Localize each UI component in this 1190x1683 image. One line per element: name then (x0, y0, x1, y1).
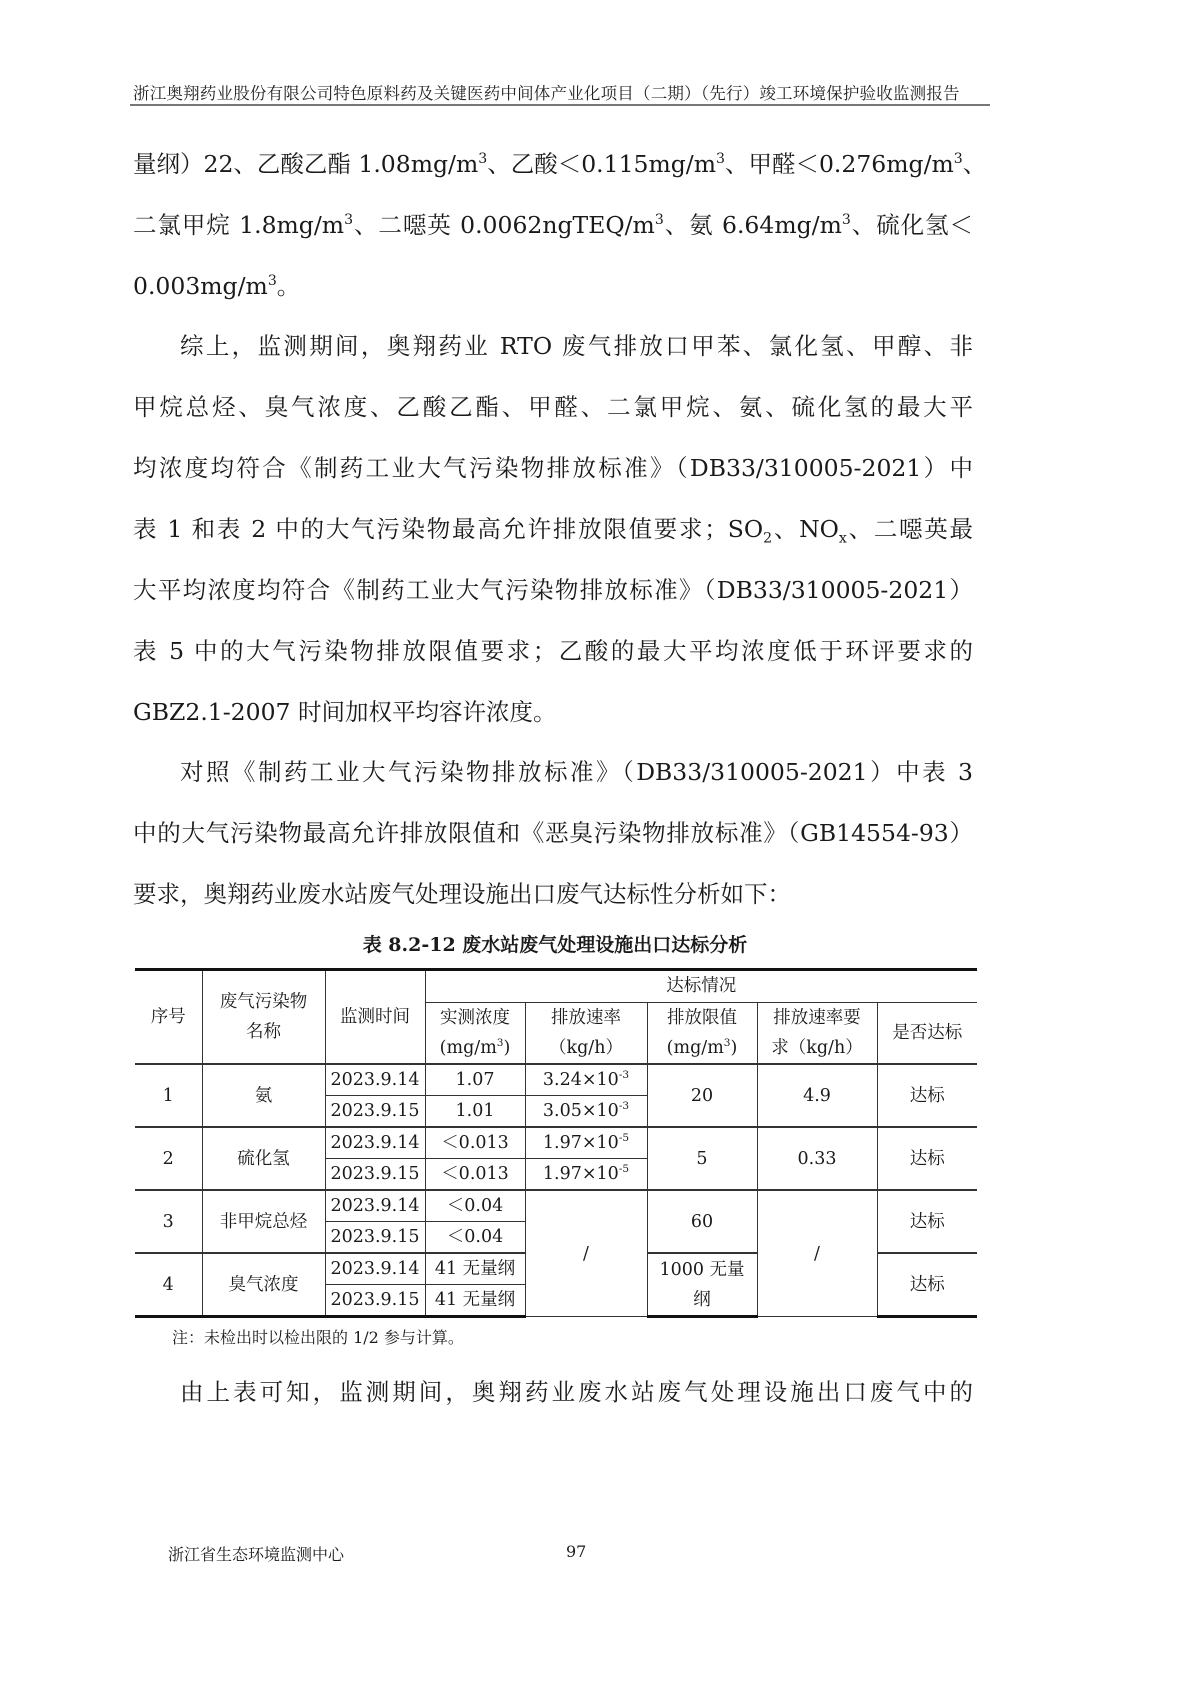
header-seq: 序号 (135, 970, 202, 1065)
text-line: 中的大气污染物最高允许排放限值和《恶臭污染物排放标准》（GB14554-93） (133, 803, 973, 864)
report-header: 浙江奥翔药业股份有限公司特色原料药及关键医药中间体产业化项目（二期）（先行）竣工… (133, 80, 988, 104)
paragraph-summary: 综上，监测期间，奥翔药业 RTO 废气排放口甲苯、氯化氢、甲醇、非 甲烷总烃、臭… (133, 316, 973, 743)
header-rate-req: 排放速率要求（kg/h） (757, 1003, 877, 1065)
header-rate: 排放速率（kg/h） (525, 1003, 647, 1065)
table-note: 注：未检出时以检出限的 1/2 参与计算。 (172, 1325, 464, 1348)
text-line: 由上表可知，监测期间，奥翔药业废水站废气处理设施出口废气中的 (133, 1362, 973, 1423)
header-conc: 实测浓度(mg/m3) (425, 1003, 525, 1065)
text-line: GBZ2.1-2007 时间加权平均容许浓度。 (133, 682, 973, 743)
compliance-table: 序号 废气污染物名称 监测时间 达标情况 实测浓度(mg/m3) 排放速率（kg… (135, 968, 977, 1318)
text-line: 表 5 中的大气污染物排放限值要求；乙酸的最大平均浓度低于环评要求的 (133, 621, 973, 682)
paragraph-continued: 量纲）22、乙酸乙酯 1.08mg/m3、乙酸＜0.115mg/m3、甲醛＜0.… (133, 134, 973, 317)
header-rule (130, 104, 990, 106)
text-line: 大平均浓度均符合《制药工业大气污染物排放标准》（DB33/310005-2021… (133, 560, 973, 621)
text-line: 表 1 和表 2 中的大气污染物最高允许排放限值要求；SO2、NOx、二噁英最 (133, 499, 973, 560)
page-number: 97 (566, 1542, 586, 1561)
text-line: 甲烷总烃、臭气浓度、乙酸乙酯、甲醛、二氯甲烷、氨、硫化氢的最大平 (133, 377, 973, 438)
table-row: 1 氨 2023.9.14 1.07 3.24×10-3 20 4.9 达标 (135, 1064, 977, 1096)
table-row: 3 非甲烷总烃 2023.9.14 ＜0.04 / 60 / 达标 (135, 1190, 977, 1222)
header-group: 达标情况 (425, 970, 977, 1003)
header-time: 监测时间 (325, 970, 425, 1065)
table-caption: 表 8.2-12 废水站废气处理设施出口达标分析 (0, 930, 1110, 957)
table-row: 2 硫化氢 2023.9.14 ＜0.013 1.97×10-5 5 0.33 … (135, 1127, 977, 1159)
footer-organization: 浙江省生态环境监测中心 (168, 1542, 344, 1565)
text-line: 0.003mg/m3。 (133, 256, 973, 317)
text-line: 综上，监测期间，奥翔药业 RTO 废气排放口甲苯、氯化氢、甲醇、非 (133, 316, 973, 377)
header-compliant: 是否达标 (877, 1003, 977, 1065)
text-line: 要求，奥翔药业废水站废气处理设施出口废气达标性分析如下： (133, 864, 973, 925)
text-line: 二氯甲烷 1.8mg/m3、二噁英 0.0062ngTEQ/m3、氨 6.64m… (133, 195, 973, 256)
text-line: 对照《制药工业大气污染物排放标准》（DB33/310005-2021）中表 3 (133, 742, 973, 803)
text-line: 均浓度均符合《制药工业大气污染物排放标准》（DB33/310005-2021）中 (133, 438, 973, 499)
header-limit: 排放限值(mg/m3) (647, 1003, 757, 1065)
text-line: 量纲）22、乙酸乙酯 1.08mg/m3、乙酸＜0.115mg/m3、甲醛＜0.… (133, 134, 973, 195)
paragraph-comparison: 对照《制药工业大气污染物排放标准》（DB33/310005-2021）中表 3 … (133, 742, 973, 925)
header-pollutant: 废气污染物名称 (202, 970, 325, 1065)
paragraph-conclusion: 由上表可知，监测期间，奥翔药业废水站废气处理设施出口废气中的 (133, 1362, 973, 1423)
